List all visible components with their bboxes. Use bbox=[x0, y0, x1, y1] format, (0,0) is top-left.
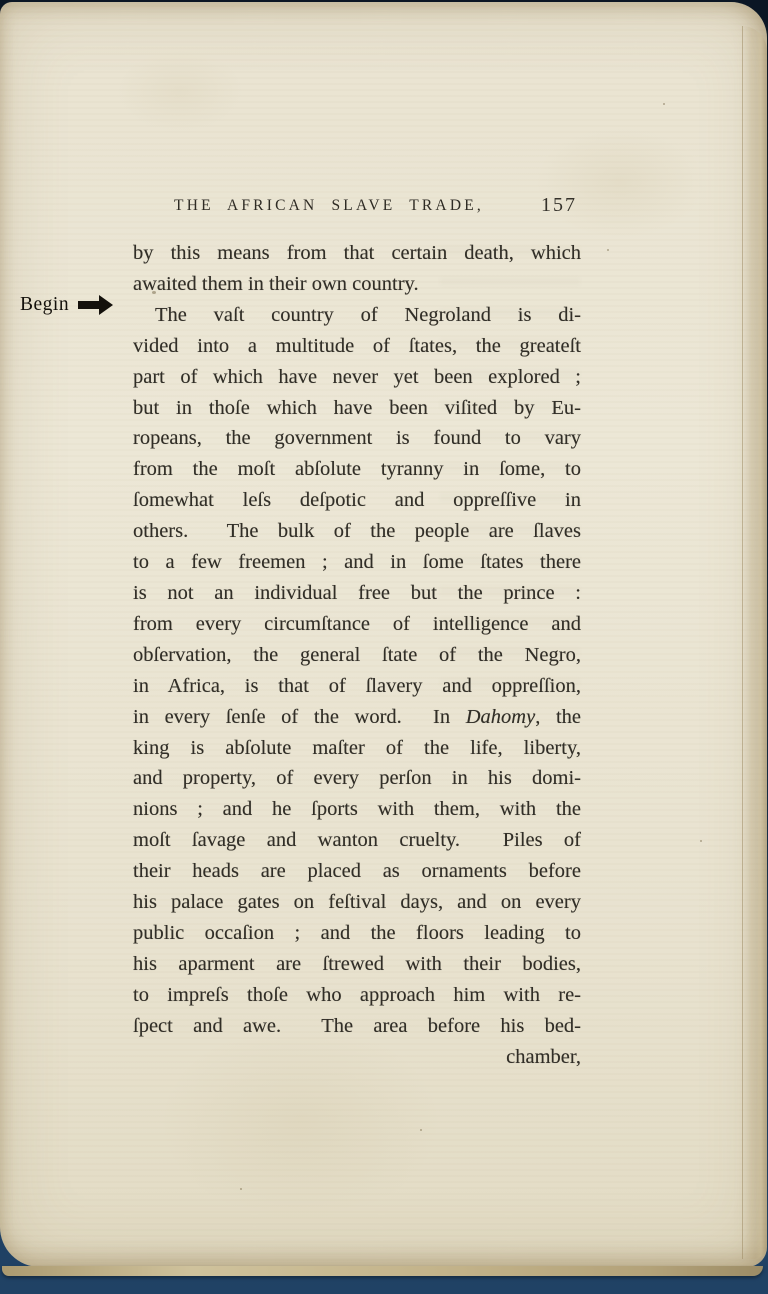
ink-speck bbox=[420, 1129, 422, 1131]
page-bottom-edge bbox=[2, 1266, 763, 1276]
text-line: his palace gates on feſtival days, and o… bbox=[133, 887, 581, 918]
text-line: his aparment are ſtrewed with their bodi… bbox=[133, 949, 581, 980]
text-line: ſpect and awe. The area before his bed- bbox=[133, 1011, 581, 1042]
page-right-edge bbox=[742, 26, 767, 1259]
text-line: in Africa, is that of ſlavery and oppreſ… bbox=[133, 671, 581, 702]
ink-speck bbox=[663, 103, 665, 105]
running-header-title: THE AFRICAN SLAVE TRADE, bbox=[174, 197, 484, 215]
text-line: awaited them in their own country. bbox=[133, 269, 581, 300]
begin-label: Begin bbox=[20, 294, 69, 316]
text-line: chamber, bbox=[133, 1042, 581, 1073]
text-line: The vaſt country of Negroland is di- bbox=[133, 300, 581, 331]
page-number: 157 bbox=[541, 194, 577, 217]
text-line: public occaſion ; and the floors leading… bbox=[133, 918, 581, 949]
text-line: ropeans, the government is found to vary bbox=[133, 423, 581, 454]
text-line: to a few freemen ; and in ſome ſtates th… bbox=[133, 547, 581, 578]
right-arrow-icon bbox=[78, 295, 113, 315]
text-line: but in thoſe which have been viſited by … bbox=[133, 393, 581, 424]
text-line: ſomewhat leſs deſpotic and oppreſſive in bbox=[133, 485, 581, 516]
text-line: obſervation, the general ſtate of the Ne… bbox=[133, 640, 581, 671]
text-line: part of which have never yet been explor… bbox=[133, 362, 581, 393]
text-line: moſt ſavage and wanton cruelty. Piles of bbox=[133, 825, 581, 856]
text-line: and property, of every perſon in his dom… bbox=[133, 763, 581, 794]
begin-marker[interactable]: Begin bbox=[20, 294, 113, 316]
ink-speck bbox=[240, 1188, 242, 1190]
text-line: is not an individual free but the prince… bbox=[133, 578, 581, 609]
text-line: king is abſolute maſter of the life, lib… bbox=[133, 733, 581, 764]
book-page: THE AFRICAN SLAVE TRADE, 157 by this mea… bbox=[0, 2, 767, 1267]
text-line: from every circumſtance of intelligence … bbox=[133, 609, 581, 640]
page-text-block: by this means from that certain death, w… bbox=[133, 238, 581, 1072]
text-line: their heads are placed as ornaments befo… bbox=[133, 856, 581, 887]
text-line: by this means from that certain death, w… bbox=[133, 238, 581, 269]
ink-speck bbox=[152, 291, 156, 294]
text-line: in every ſenſe of the word. In Dahomy, t… bbox=[133, 702, 581, 733]
text-line: to impreſs thoſe who approach him with r… bbox=[133, 980, 581, 1011]
ink-speck bbox=[700, 840, 702, 842]
text-line: vided into a multitude of ſtates, the gr… bbox=[133, 331, 581, 362]
text-line: from the moſt abſolute tyranny in ſome, … bbox=[133, 454, 581, 485]
text-line: nions ; and he ſports with them, with th… bbox=[133, 794, 581, 825]
ink-speck bbox=[607, 249, 609, 251]
text-line: others. The bulk of the people are ſlave… bbox=[133, 516, 581, 547]
page-header: THE AFRICAN SLAVE TRADE, 157 bbox=[133, 194, 581, 224]
